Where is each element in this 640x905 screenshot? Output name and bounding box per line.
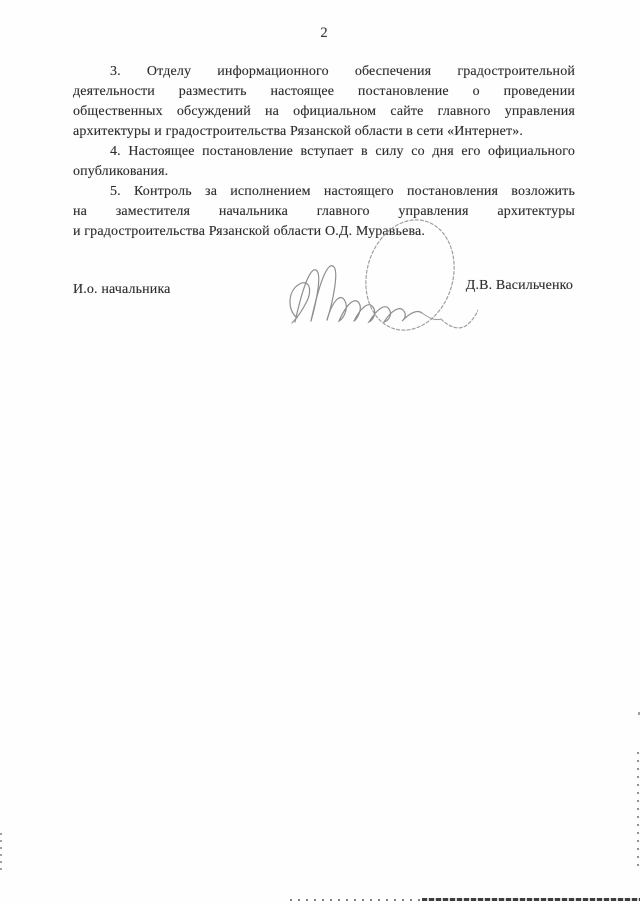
paragraph-3-line-1: 3. Отделу информационного обеспечения гр…: [73, 62, 575, 82]
page-number: 2: [73, 25, 575, 42]
paragraph-3-line-3: общественных обсуждений на официальном с…: [73, 102, 575, 122]
paragraph-4-line-1: 4. Настоящее постановление вступает в си…: [73, 142, 575, 162]
scan-artifact-right-edge-dots: [637, 752, 639, 868]
scanned-document-page: 2 3. Отделу информационного обеспечения …: [0, 0, 640, 905]
scan-artifact-bottom-line-dense: [422, 898, 640, 901]
scan-artifact-left-edge-dots: [0, 833, 2, 873]
scan-artifact-bottom-line-sparse: [290, 899, 422, 901]
signer-position-label: И.о. начальника: [73, 282, 171, 298]
paragraph-5-line-1: 5. Контроль за исполнением настоящего по…: [73, 182, 575, 202]
paragraph-4-line-2: опубликования.: [73, 162, 575, 182]
body-text: 3. Отделу информационного обеспечения гр…: [73, 62, 575, 242]
paragraph-3-line-4: архитектуры и градостроительства Рязанск…: [73, 122, 575, 142]
handwritten-signature-icon: [283, 219, 478, 341]
paragraph-3-line-2: деятельности разместить настоящее постан…: [73, 82, 575, 102]
signer-name-label: Д.В. Васильченко: [466, 278, 573, 294]
